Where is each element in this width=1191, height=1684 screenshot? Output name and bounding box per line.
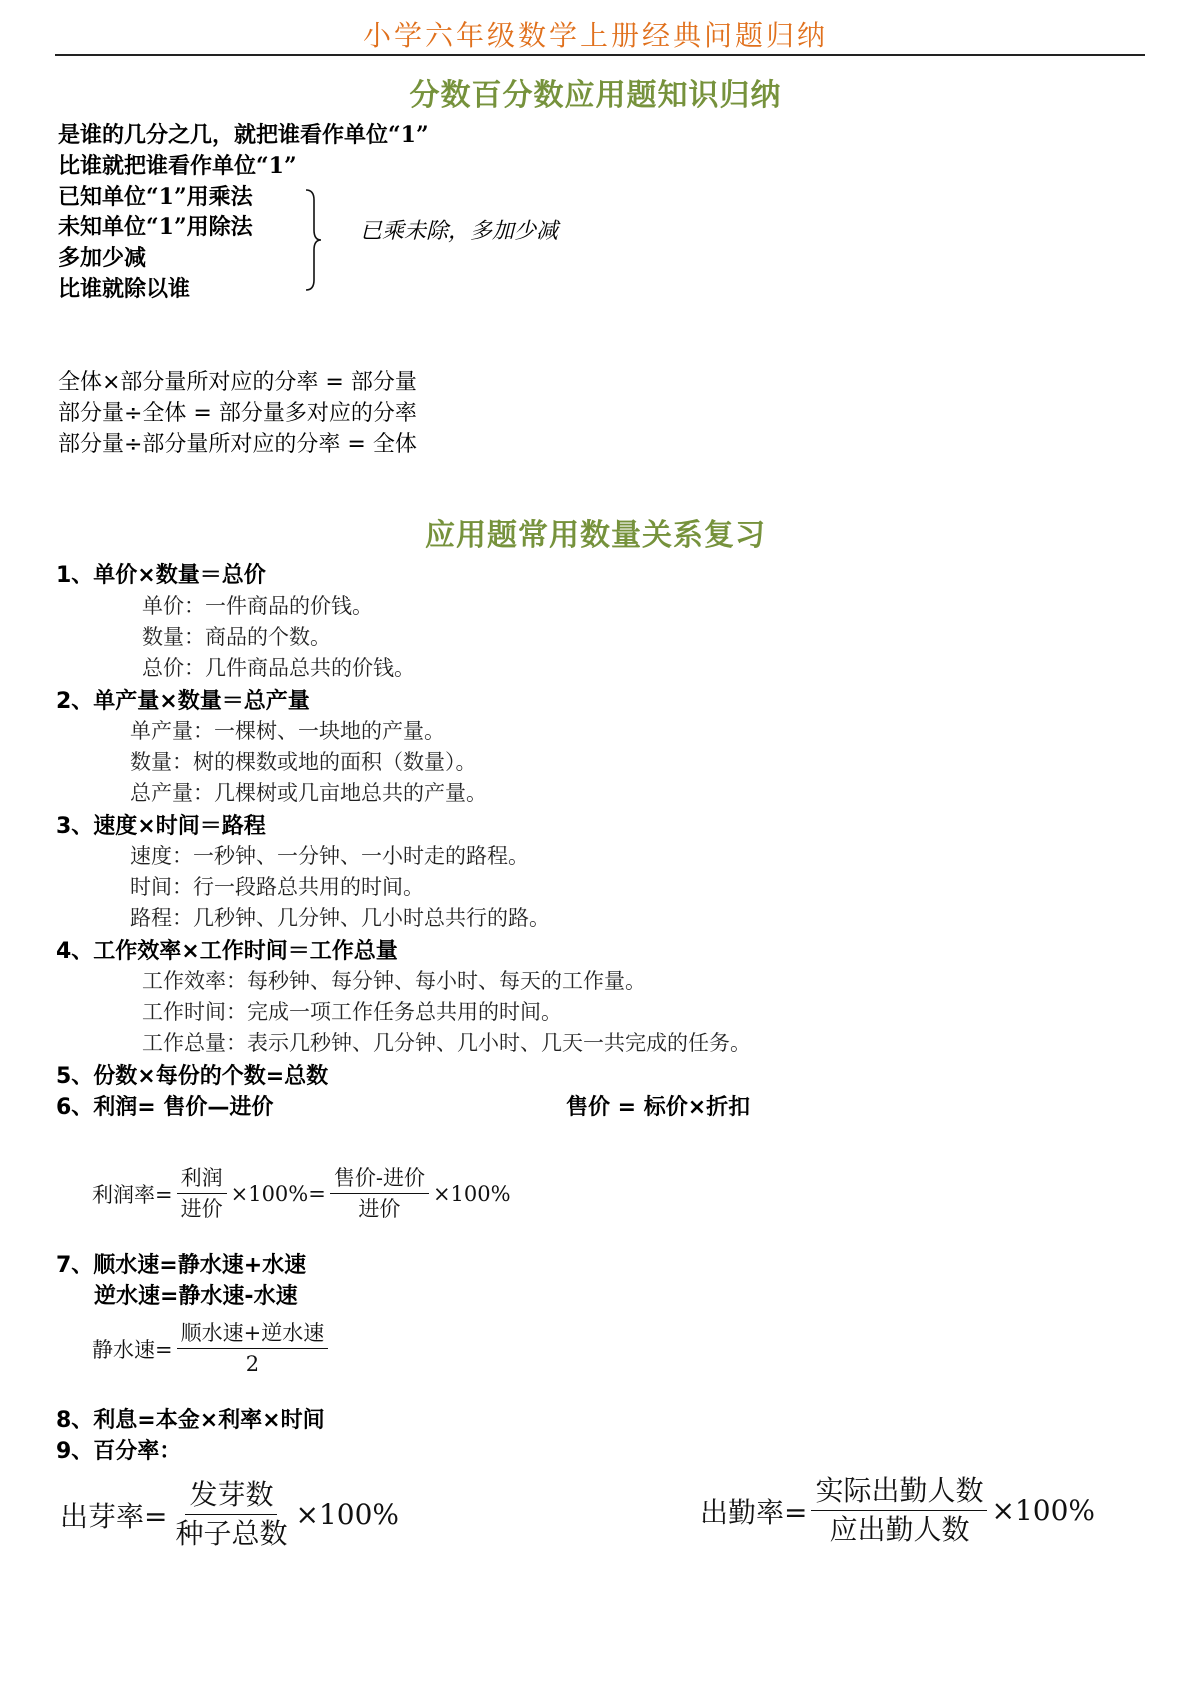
rule-line: 多加少减 [58, 243, 146, 273]
denominator: 2 [242, 1349, 263, 1379]
section-title-fractions: 分数百分数应用题知识归纳 [0, 70, 1191, 114]
denominator: 应出勤人数 [825, 1511, 973, 1549]
fraction: 利润 进价 [177, 1163, 227, 1224]
item-heading: 2、单产量×数量＝总产量 [56, 684, 310, 715]
rule-line: 是谁的几分之几，就把谁看作单位“1” [58, 120, 429, 150]
right-brace-icon [304, 188, 324, 292]
item-heading: 1、单价×数量＝总价 [56, 558, 266, 589]
formula-tail: ×100% [991, 1494, 1095, 1527]
item-aside-formula: 售价 = 标价×折扣 [566, 1090, 750, 1121]
item-definition: 时间：行一段路总共用的时间。 [130, 871, 424, 901]
item-definition: 总价：几件商品总共的价钱。 [142, 652, 415, 682]
attendance-rate-formula: 出勤率= 实际出勤人数 应出勤人数 ×100% [700, 1472, 1095, 1549]
relation-line: 部分量÷部分量所对应的分率 = 全体 [58, 430, 417, 460]
formula-mid: ×100%= [231, 1182, 326, 1206]
rule-line: 未知单位“1”用除法 [58, 212, 253, 242]
numerator: 顺水速+逆水速 [177, 1318, 329, 1349]
item-definition: 数量：树的棵数或地的面积（数量）。 [130, 746, 477, 776]
fraction: 发芽数 种子总数 [171, 1476, 291, 1553]
denominator: 进价 [354, 1194, 404, 1224]
formula-label: 出芽率= [60, 1495, 167, 1535]
item-heading: 4、工作效率×工作时间＝工作总量 [56, 934, 398, 965]
item-heading: 9、百分率： [56, 1434, 181, 1465]
item-definition: 速度：一秒钟、一分钟、一小时走的路程。 [130, 840, 529, 870]
fraction: 顺水速+逆水速 2 [177, 1318, 329, 1379]
formula-tail: ×100% [295, 1498, 399, 1531]
mnemonic-note: 已乘未除，多加少减 [360, 214, 558, 245]
item-heading: 3、速度×时间＝路程 [56, 809, 266, 840]
item-heading: 逆水速=静水速-水速 [94, 1279, 298, 1310]
profit-rate-formula: 利润率= 利润 进价 ×100%= 售价-进价 进价 ×100% [92, 1163, 511, 1224]
rule-line: 比谁就除以谁 [58, 274, 190, 304]
item-definition: 工作效率：每秒钟、每分钟、每小时、每天的工作量。 [142, 965, 646, 995]
numerator: 利润 [177, 1163, 227, 1194]
rule-line: 比谁就把谁看作单位“1” [58, 151, 297, 181]
numerator: 发芽数 [185, 1476, 277, 1515]
germination-rate-formula: 出芽率= 发芽数 种子总数 ×100% [60, 1476, 399, 1553]
item-heading: 7、顺水速=静水速+水速 [56, 1248, 306, 1279]
relation-line: 全体×部分量所对应的分率 = 部分量 [58, 368, 417, 398]
fraction: 实际出勤人数 应出勤人数 [811, 1472, 987, 1549]
item-heading: 6、利润= 售价—进价 [56, 1090, 273, 1121]
item-definition: 路程：几秒钟、几分钟、几小时总共行的路。 [130, 902, 550, 932]
numerator: 售价-进价 [330, 1163, 429, 1194]
item-heading: 5、份数×每份的个数=总数 [56, 1059, 328, 1090]
section-title-quantity-relations: 应用题常用数量关系复习 [0, 510, 1191, 554]
item-definition: 单价：一件商品的价钱。 [142, 590, 373, 620]
item-definition: 数量：商品的个数。 [142, 621, 331, 651]
item-definition: 单产量：一棵树、一块地的产量。 [130, 715, 445, 745]
header-divider [55, 54, 1145, 56]
item-definition: 工作时间：完成一项工作任务总共用的时间。 [142, 996, 562, 1026]
item-definition: 总产量：几棵树或几亩地总共的产量。 [130, 777, 487, 807]
formula-label: 利润率= [92, 1179, 173, 1209]
formula-tail: ×100% [433, 1182, 511, 1206]
rule-line: 已知单位“1”用乘法 [58, 182, 253, 212]
item-definition: 工作总量：表示几秒钟、几分钟、几小时、几天一共完成的任务。 [142, 1027, 751, 1057]
formula-label: 静水速= [92, 1334, 173, 1364]
denominator: 种子总数 [171, 1515, 291, 1553]
item-heading: 8、利息=本金×利率×时间 [56, 1403, 325, 1434]
denominator: 进价 [177, 1194, 227, 1224]
relation-line: 部分量÷全体 = 部分量多对应的分率 [58, 399, 417, 429]
numerator: 实际出勤人数 [811, 1472, 987, 1511]
document-header-title: 小学六年级数学上册经典问题归纳 [0, 14, 1191, 54]
fraction: 售价-进价 进价 [330, 1163, 429, 1224]
formula-label: 出勤率= [700, 1491, 807, 1531]
still-water-speed-formula: 静水速= 顺水速+逆水速 2 [92, 1318, 332, 1379]
